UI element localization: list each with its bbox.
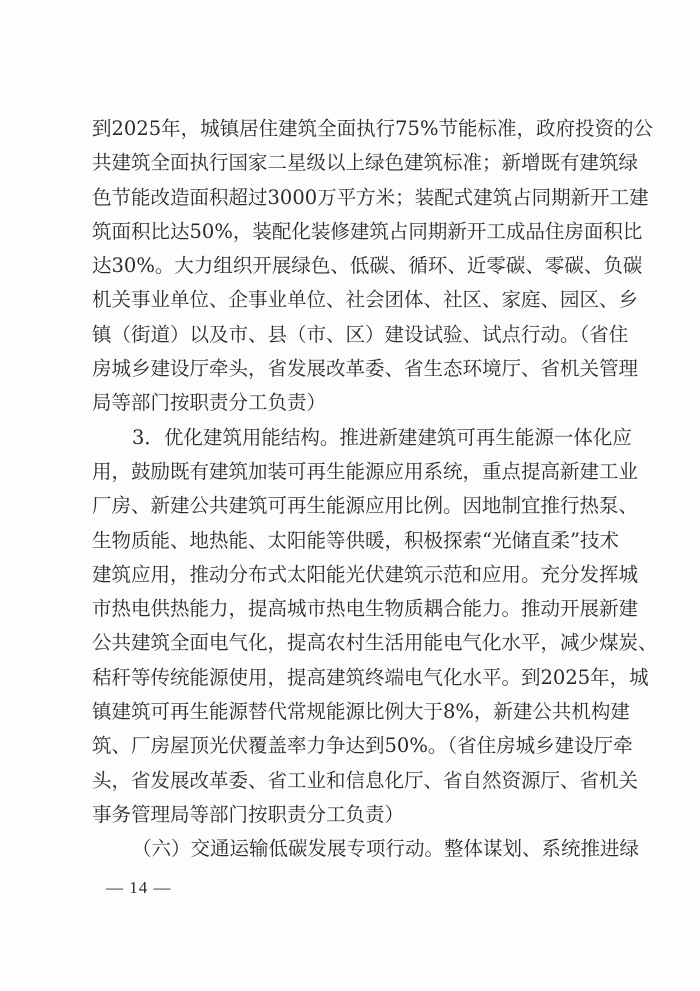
text-line: 镇（街道）以及市、县（市、区）建设试验、试点行动。（省住 (92, 318, 612, 352)
text-line: 公共建筑全面电气化，提高农村生活用能电气化水平，减少煤炭、 (92, 626, 612, 660)
text-line: 到2025年，城镇居住建筑全面执行75%节能标准，政府投资的公 (92, 112, 612, 146)
page-number: — 14 — (106, 878, 172, 898)
text-line: 筑面积比达50%，装配化装修建筑占同期新开工成品住房面积比 (92, 215, 612, 249)
text-line: 机关事业单位、企事业单位、社会团体、社区、家庭、园区、乡 (92, 283, 612, 317)
text-line: 共建筑全面执行国家二星级以上绿色建筑标准；新增既有建筑绿 (92, 146, 612, 180)
text-line: 生物质能、地热能、太阳能等供暖，积极探索“光储直柔”技术 (92, 524, 612, 558)
text-line: 建筑应用，推动分布式太阳能光伏建筑示范和应用。充分发挥城 (92, 558, 612, 592)
text-line: 用，鼓励既有建筑加装可再生能源应用系统，重点提高新建工业 (92, 455, 612, 489)
text-line: 头，省发展改革委、省工业和信息化厅、省自然资源厅、省机关 (92, 764, 612, 798)
text-line: 秸秆等传统能源使用，提高建筑终端电气化水平。到2025年，城 (92, 661, 612, 695)
section-heading-line: 3．优化建筑用能结构。推进新建建筑可再生能源一体化应 (92, 421, 612, 455)
text-line: 事务管理局等部门按职责分工负责） (92, 798, 612, 832)
text-line: 筑、厂房屋顶光伏覆盖率力争达到50%。（省住房城乡建设厅牵 (92, 729, 612, 763)
text-line: 厂房、新建公共建筑可再生能源应用比例。因地制宜推行热泵、 (92, 489, 612, 523)
section-heading-line: （六）交通运输低碳发展专项行动。整体谋划、系统推进绿 (92, 832, 612, 866)
text-line: 达30%。大力组织开展绿色、低碳、循环、近零碳、零碳、负碳 (92, 249, 612, 283)
text-line: 市热电供热能力，提高城市热电生物质耦合能力。推动开展新建 (92, 592, 612, 626)
text-line: 房城乡建设厅牵头，省发展改革委、省生态环境厅、省机关管理 (92, 352, 612, 386)
document-page: 到2025年，城镇居住建筑全面执行75%节能标准，政府投资的公 共建筑全面执行国… (0, 0, 700, 991)
text-line: 色节能改造面积超过3000万平方米；装配式建筑占同期新开工建 (92, 181, 612, 215)
text-line: 局等部门按职责分工负责） (92, 386, 612, 420)
text-line: 镇建筑可再生能源替代常规能源比例大于8%，新建公共机构建 (92, 695, 612, 729)
body-text: 到2025年，城镇居住建筑全面执行75%节能标准，政府投资的公 共建筑全面执行国… (92, 112, 612, 867)
